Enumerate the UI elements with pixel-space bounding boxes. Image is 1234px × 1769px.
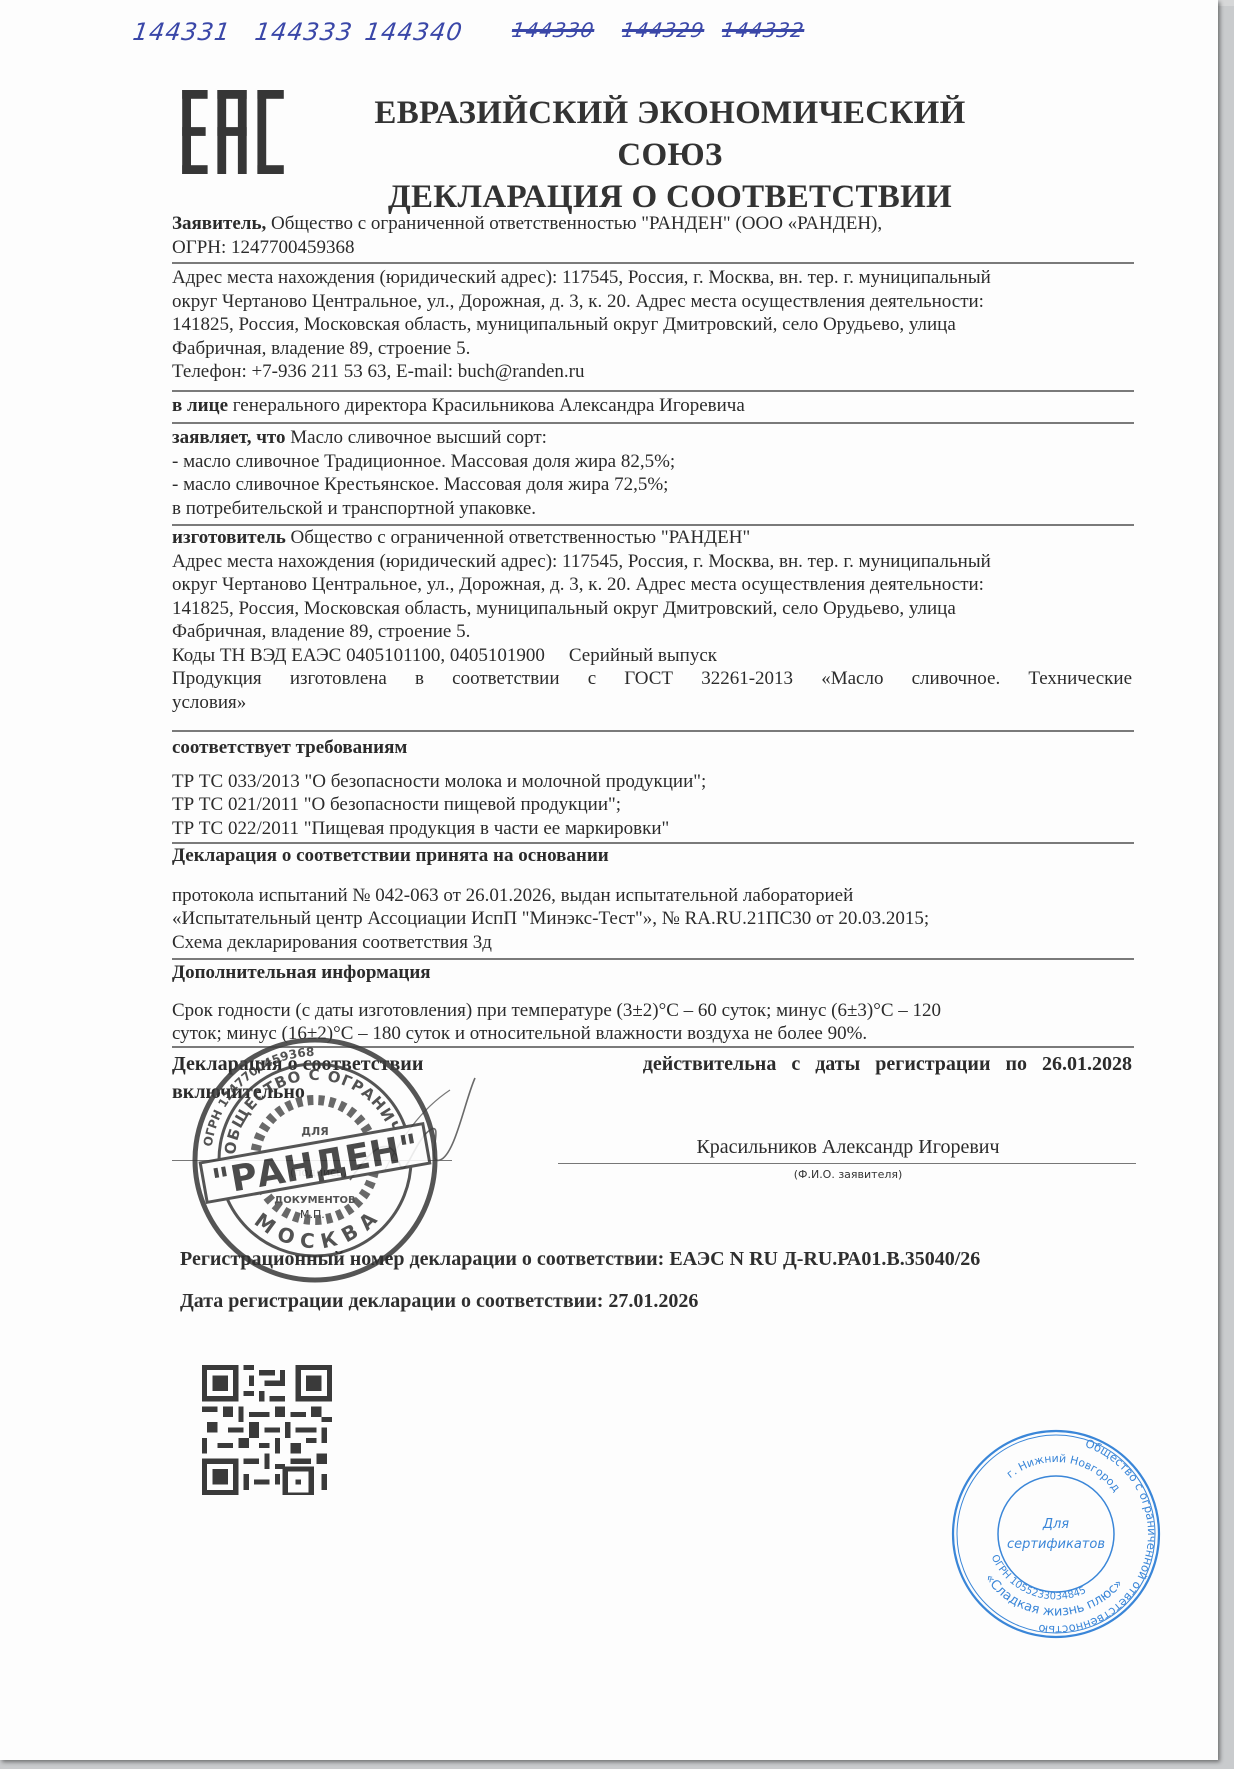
regulation-item: ТР ТС 033/2013 "О безопасности молока и … xyxy=(172,770,1132,794)
address-line: 141825, Россия, Московская область, муни… xyxy=(172,313,1132,337)
applicant-address: Адрес места нахождения (юридический адре… xyxy=(172,266,1132,384)
conformity-label: соответствует требованиям xyxy=(172,736,1132,760)
address-line: Адрес места нахождения (юридический адре… xyxy=(172,266,1132,290)
basis-line: протокола испытаний № 042-063 от 26.01.2… xyxy=(172,884,1132,908)
divider xyxy=(172,262,1134,264)
release-type: Серийный выпуск xyxy=(569,645,717,666)
applicant-label: Заявитель, xyxy=(172,213,266,234)
svg-text:ДОКУМЕНТОВ: ДОКУМЕНТОВ xyxy=(274,1195,355,1206)
registration-date-label: Дата регистрации декларации о соответств… xyxy=(180,1290,603,1312)
representative-text: генерального директора Красильникова Але… xyxy=(228,395,745,416)
declares-text: Масло сливочное высший сорт: xyxy=(286,427,547,448)
divider xyxy=(172,958,1134,960)
tn-ved-codes: Коды ТН ВЭД ЕАЭС 0405101100, 0405101900 xyxy=(172,645,545,666)
divider xyxy=(172,390,1134,392)
svg-text:Для: Для xyxy=(1042,1517,1069,1532)
document-title: ЕВРАЗИЙСКИЙ ЭКОНОМИЧЕСКИЙ СОЮЗ ДЕКЛАРАЦИ… xyxy=(320,92,1020,218)
document-page: 144331 144333 144340 144330 144329 14433… xyxy=(0,0,1218,1760)
basis-section: Декларация о соответствии принята на осн… xyxy=(172,844,1132,954)
product-item: - масло сливочное Крестьянское. Массовая… xyxy=(172,473,1132,497)
manufacturer-section: изготовитель Общество с ограниченной отв… xyxy=(172,526,1132,714)
declares-label: заявляет, что xyxy=(172,427,286,448)
additional-line: Срок годности (с даты изготовления) при … xyxy=(172,999,1132,1023)
representative-label: в лице xyxy=(172,395,228,416)
registration-number-row: Регистрационный номер декларации о соотв… xyxy=(180,1248,980,1271)
validity-right: действительна с даты регистрации по 26.0… xyxy=(643,1050,1132,1078)
manufacturer-label: изготовитель xyxy=(172,527,286,548)
regulation-item: ТР ТС 022/2011 "Пищевая продукция в част… xyxy=(172,817,1132,841)
declares-section: заявляет, что Масло сливочное высший сор… xyxy=(172,426,1132,520)
standard-line: Продукция изготовлена в соответствии с Г… xyxy=(172,667,1132,691)
blue-stamp-for-certificates: Общество с ограниченной ответственностью… xyxy=(950,1428,1162,1640)
registration-date-row: Дата регистрации декларации о соответств… xyxy=(180,1290,698,1313)
address-line: округ Чертаново Центральное, ул., Дорожн… xyxy=(172,573,1132,597)
product-item: - масло сливочное Традиционное. Массовая… xyxy=(172,450,1132,474)
applicant-section: Заявитель, Общество с ограниченной ответ… xyxy=(172,212,1132,259)
additional-label: Дополнительная информация xyxy=(172,961,1132,985)
handwritten-number: 144333 xyxy=(253,18,355,46)
registration-number-label: Регистрационный номер декларации о соотв… xyxy=(180,1248,664,1270)
packaging-note: в потребительской и транспортной упаковк… xyxy=(172,497,1132,521)
basis-line: Схема декларирования соответствия 3д xyxy=(172,931,1132,955)
basis-label: Декларация о соответствии принята на осн… xyxy=(172,844,1132,868)
eac-logo-icon xyxy=(182,90,284,174)
conformity-section: соответствует требованиям ТР ТС 033/2013… xyxy=(172,736,1132,840)
handwritten-number-struck: 144329 xyxy=(620,18,706,42)
registration-number-value: ЕАЭС N RU Д-RU.РА01.В.35040/26 xyxy=(669,1248,980,1270)
basis-line: «Испытательный центр Ассоциации ИспП "Ми… xyxy=(172,907,1132,931)
standard-line: условия» xyxy=(172,691,1132,715)
svg-text:сертификатов: сертификатов xyxy=(1007,1537,1105,1552)
address-line: Адрес места нахождения (юридический адре… xyxy=(172,550,1132,574)
svg-text:ДЛЯ: ДЛЯ xyxy=(301,1125,328,1138)
handwritten-number-struck: 144330 xyxy=(510,18,596,42)
handwritten-number-struck: 144332 xyxy=(720,18,806,42)
applicant-ogrn: ОГРН: 1247700459368 xyxy=(172,236,1132,260)
divider xyxy=(172,730,1134,732)
name-line xyxy=(558,1163,1136,1164)
address-line: 141825, Россия, Московская область, муни… xyxy=(172,597,1132,621)
divider xyxy=(172,422,1134,424)
regulation-item: ТР ТС 021/2011 "О безопасности пищевой п… xyxy=(172,793,1132,817)
qr-code-icon[interactable] xyxy=(202,1365,332,1495)
handwritten-number: 144331 xyxy=(131,18,233,46)
manufacturer-name: Общество с ограниченной ответственностью… xyxy=(286,527,750,548)
handwritten-number: 144340 xyxy=(363,18,465,46)
address-line: Фабричная, владение 89, строение 5. xyxy=(172,620,1132,644)
applicant-full-name: Красильников Александр Игоревич xyxy=(560,1136,1136,1159)
address-line: округ Чертаново Центральное, ул., Дорожн… xyxy=(172,290,1132,314)
name-caption: (Ф.И.О. заявителя) xyxy=(560,1168,1136,1181)
applicant-name: Общество с ограниченной ответственностью… xyxy=(266,213,882,234)
representative-section: в лице генерального директора Красильник… xyxy=(172,394,1132,418)
registration-date-value: 27.01.2026 xyxy=(608,1290,698,1312)
applicant-contacts: Телефон: +7-936 211 53 63, E-mail: buch@… xyxy=(172,360,1132,384)
additional-section: Дополнительная информация Срок годности … xyxy=(172,961,1132,1046)
title-line-1: ЕВРАЗИЙСКИЙ ЭКОНОМИЧЕСКИЙ СОЮЗ xyxy=(320,92,1020,176)
address-line: Фабричная, владение 89, строение 5. xyxy=(172,337,1132,361)
